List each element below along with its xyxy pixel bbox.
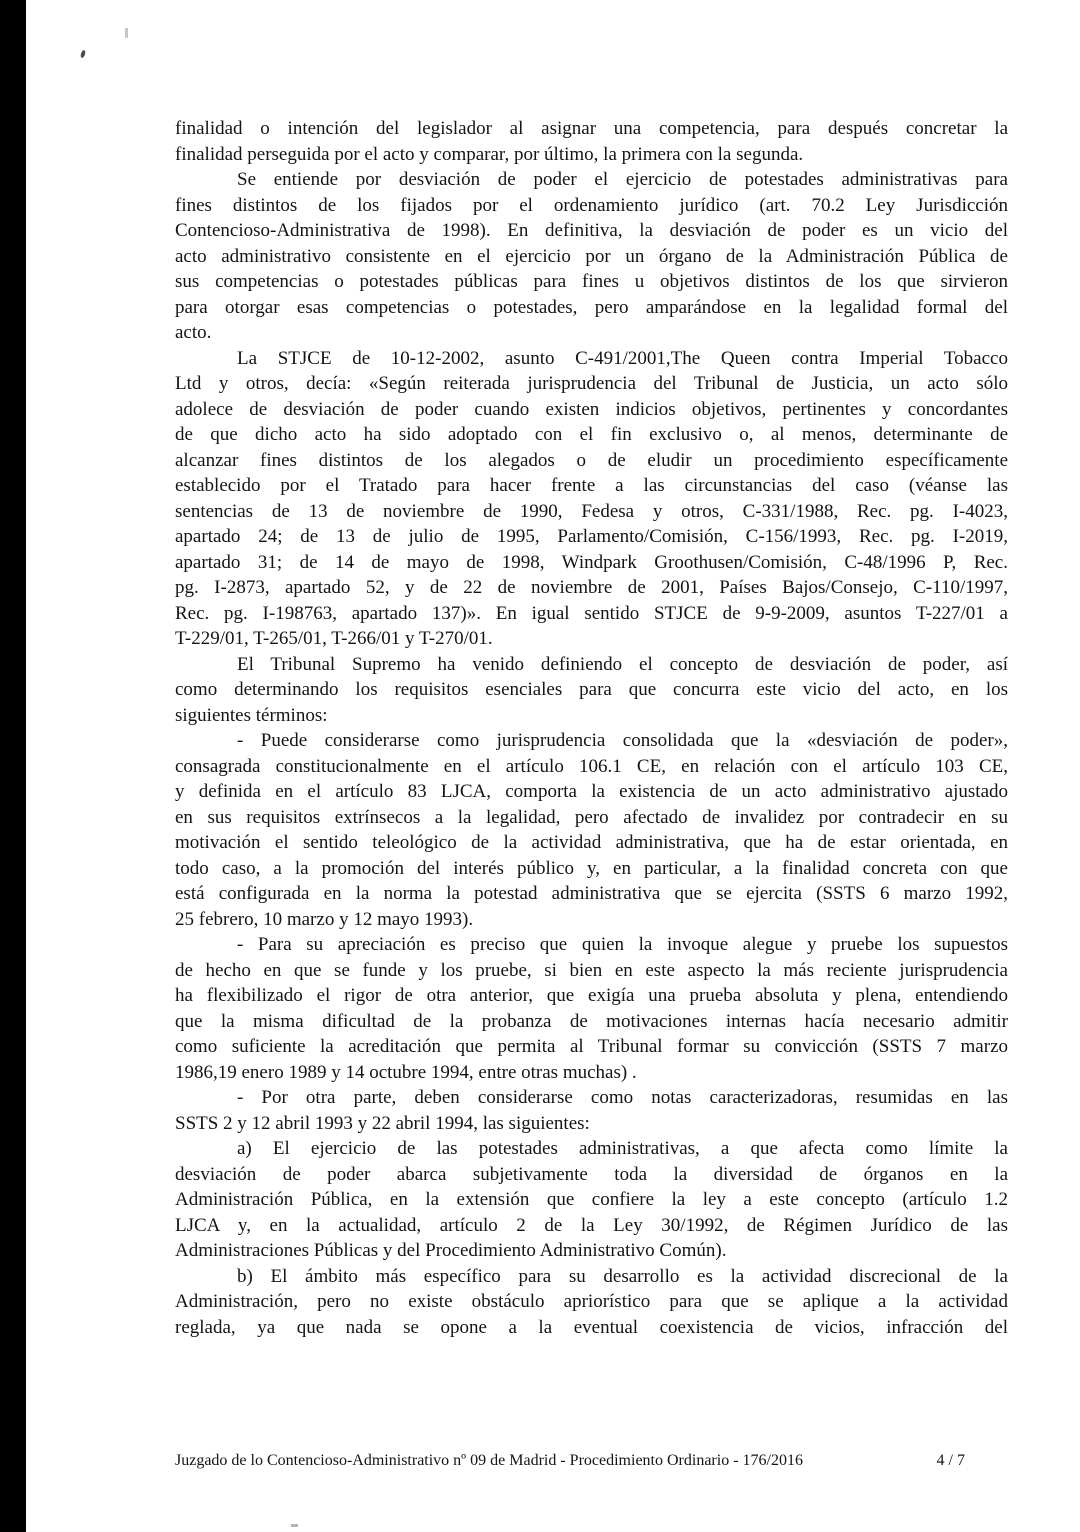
- scan-speck: [291, 1524, 298, 1527]
- text-line: Administración Pública, en la extensión …: [175, 1187, 1008, 1213]
- text-line: Administración, pero no existe obstáculo…: [175, 1289, 1008, 1315]
- text-line: T-229/01, T-265/01, T-266/01 y T-270/01.: [175, 626, 1008, 652]
- text-line: que la misma dificultad de la probanza d…: [175, 1009, 1008, 1035]
- text-line: como suficiente la acreditación que perm…: [175, 1034, 1008, 1060]
- scan-speck: [80, 50, 86, 59]
- text-line: siguientes términos:: [175, 703, 1008, 729]
- text-line: El Tribunal Supremo ha venido definiendo…: [175, 652, 1008, 678]
- text-line: finalidad perseguida por el acto y compa…: [175, 142, 1008, 168]
- text-line: acto administrativo consistente en el ej…: [175, 244, 1008, 270]
- text-line: desviación de poder abarca subjetivament…: [175, 1162, 1008, 1188]
- text-line: motivación el sentido teleológico de la …: [175, 830, 1008, 856]
- text-line: a) El ejercicio de las potestades admini…: [175, 1136, 1008, 1162]
- text-line: 25 febrero, 10 marzo y 12 mayo 1993).: [175, 907, 1008, 933]
- text-line: adolece de desviación de poder cuando ex…: [175, 397, 1008, 423]
- text-line: reglada, ya que nada se opone a la event…: [175, 1315, 1008, 1341]
- text-line: sus competencias o potestades públicas p…: [175, 269, 1008, 295]
- text-line: de hecho en que se funde y los pruebe, s…: [175, 958, 1008, 984]
- footer-case-reference: Juzgado de lo Contencioso-Administrativo…: [175, 1452, 803, 1469]
- text-line: 1986,19 enero 1989 y 14 octubre 1994, en…: [175, 1060, 1008, 1086]
- text-line: - Puede considerarse como jurisprudencia…: [175, 728, 1008, 754]
- text-line: como determinando los requisitos esencia…: [175, 677, 1008, 703]
- scan-speck: [125, 28, 128, 38]
- text-line: todo caso, a la promoción del interés pú…: [175, 856, 1008, 882]
- text-line: pg. I-2873, apartado 52, y de 22 de novi…: [175, 575, 1008, 601]
- scan-edge-bar: [0, 0, 26, 1532]
- text-line: sentencias de 13 de noviembre de 1990, F…: [175, 499, 1008, 525]
- text-line: consagrada constitucionalmente en el art…: [175, 754, 1008, 780]
- text-line: de que dicho acto ha sido adoptado con e…: [175, 422, 1008, 448]
- text-line: ha flexibilizado el rigor de otra anteri…: [175, 983, 1008, 1009]
- text-line: Ltd y otros, decía: «Según reiterada jur…: [175, 371, 1008, 397]
- text-line: apartado 31; de 14 de mayo de 1998, Wind…: [175, 550, 1008, 576]
- text-line: Rec. pg. I-198763, apartado 137)». En ig…: [175, 601, 1008, 627]
- text-line: - Por otra parte, deben considerarse com…: [175, 1085, 1008, 1111]
- text-line: y definida en el artículo 83 LJCA, compo…: [175, 779, 1008, 805]
- text-line: acto.: [175, 320, 1008, 346]
- text-line: establecido por el Tratado para hacer fr…: [175, 473, 1008, 499]
- text-line: fines distintos de los fijados por el or…: [175, 193, 1008, 219]
- document-body: finalidad o intención del legislador al …: [175, 116, 1008, 1340]
- text-line: apartado 24; de 13 de julio de 1995, Par…: [175, 524, 1008, 550]
- text-line: finalidad o intención del legislador al …: [175, 116, 1008, 142]
- text-line: alcanzar fines distintos de los alegados…: [175, 448, 1008, 474]
- text-line: LJCA y, en la actualidad, artículo 2 de …: [175, 1213, 1008, 1239]
- text-line: La STJCE de 10-12-2002, asunto C-491/200…: [175, 346, 1008, 372]
- footer-page-number: 4 / 7: [937, 1451, 965, 1470]
- text-line: b) El ámbito más específico para su desa…: [175, 1264, 1008, 1290]
- text-line: Contencioso-Administrativa de 1998). En …: [175, 218, 1008, 244]
- text-line: SSTS 2 y 12 abril 1993 y 22 abril 1994, …: [175, 1111, 1008, 1137]
- text-line: Administraciones Públicas y del Procedim…: [175, 1238, 1008, 1264]
- page-footer: Juzgado de lo Contencioso-Administrativo…: [175, 1451, 1008, 1470]
- text-line: en sus requisitos extrínsecos a la legal…: [175, 805, 1008, 831]
- text-line: está configurada en la norma la potestad…: [175, 881, 1008, 907]
- text-line: para otorgar esas competencias o potesta…: [175, 295, 1008, 321]
- text-line: - Para su apreciación es preciso que qui…: [175, 932, 1008, 958]
- text-line: Se entiende por desviación de poder el e…: [175, 167, 1008, 193]
